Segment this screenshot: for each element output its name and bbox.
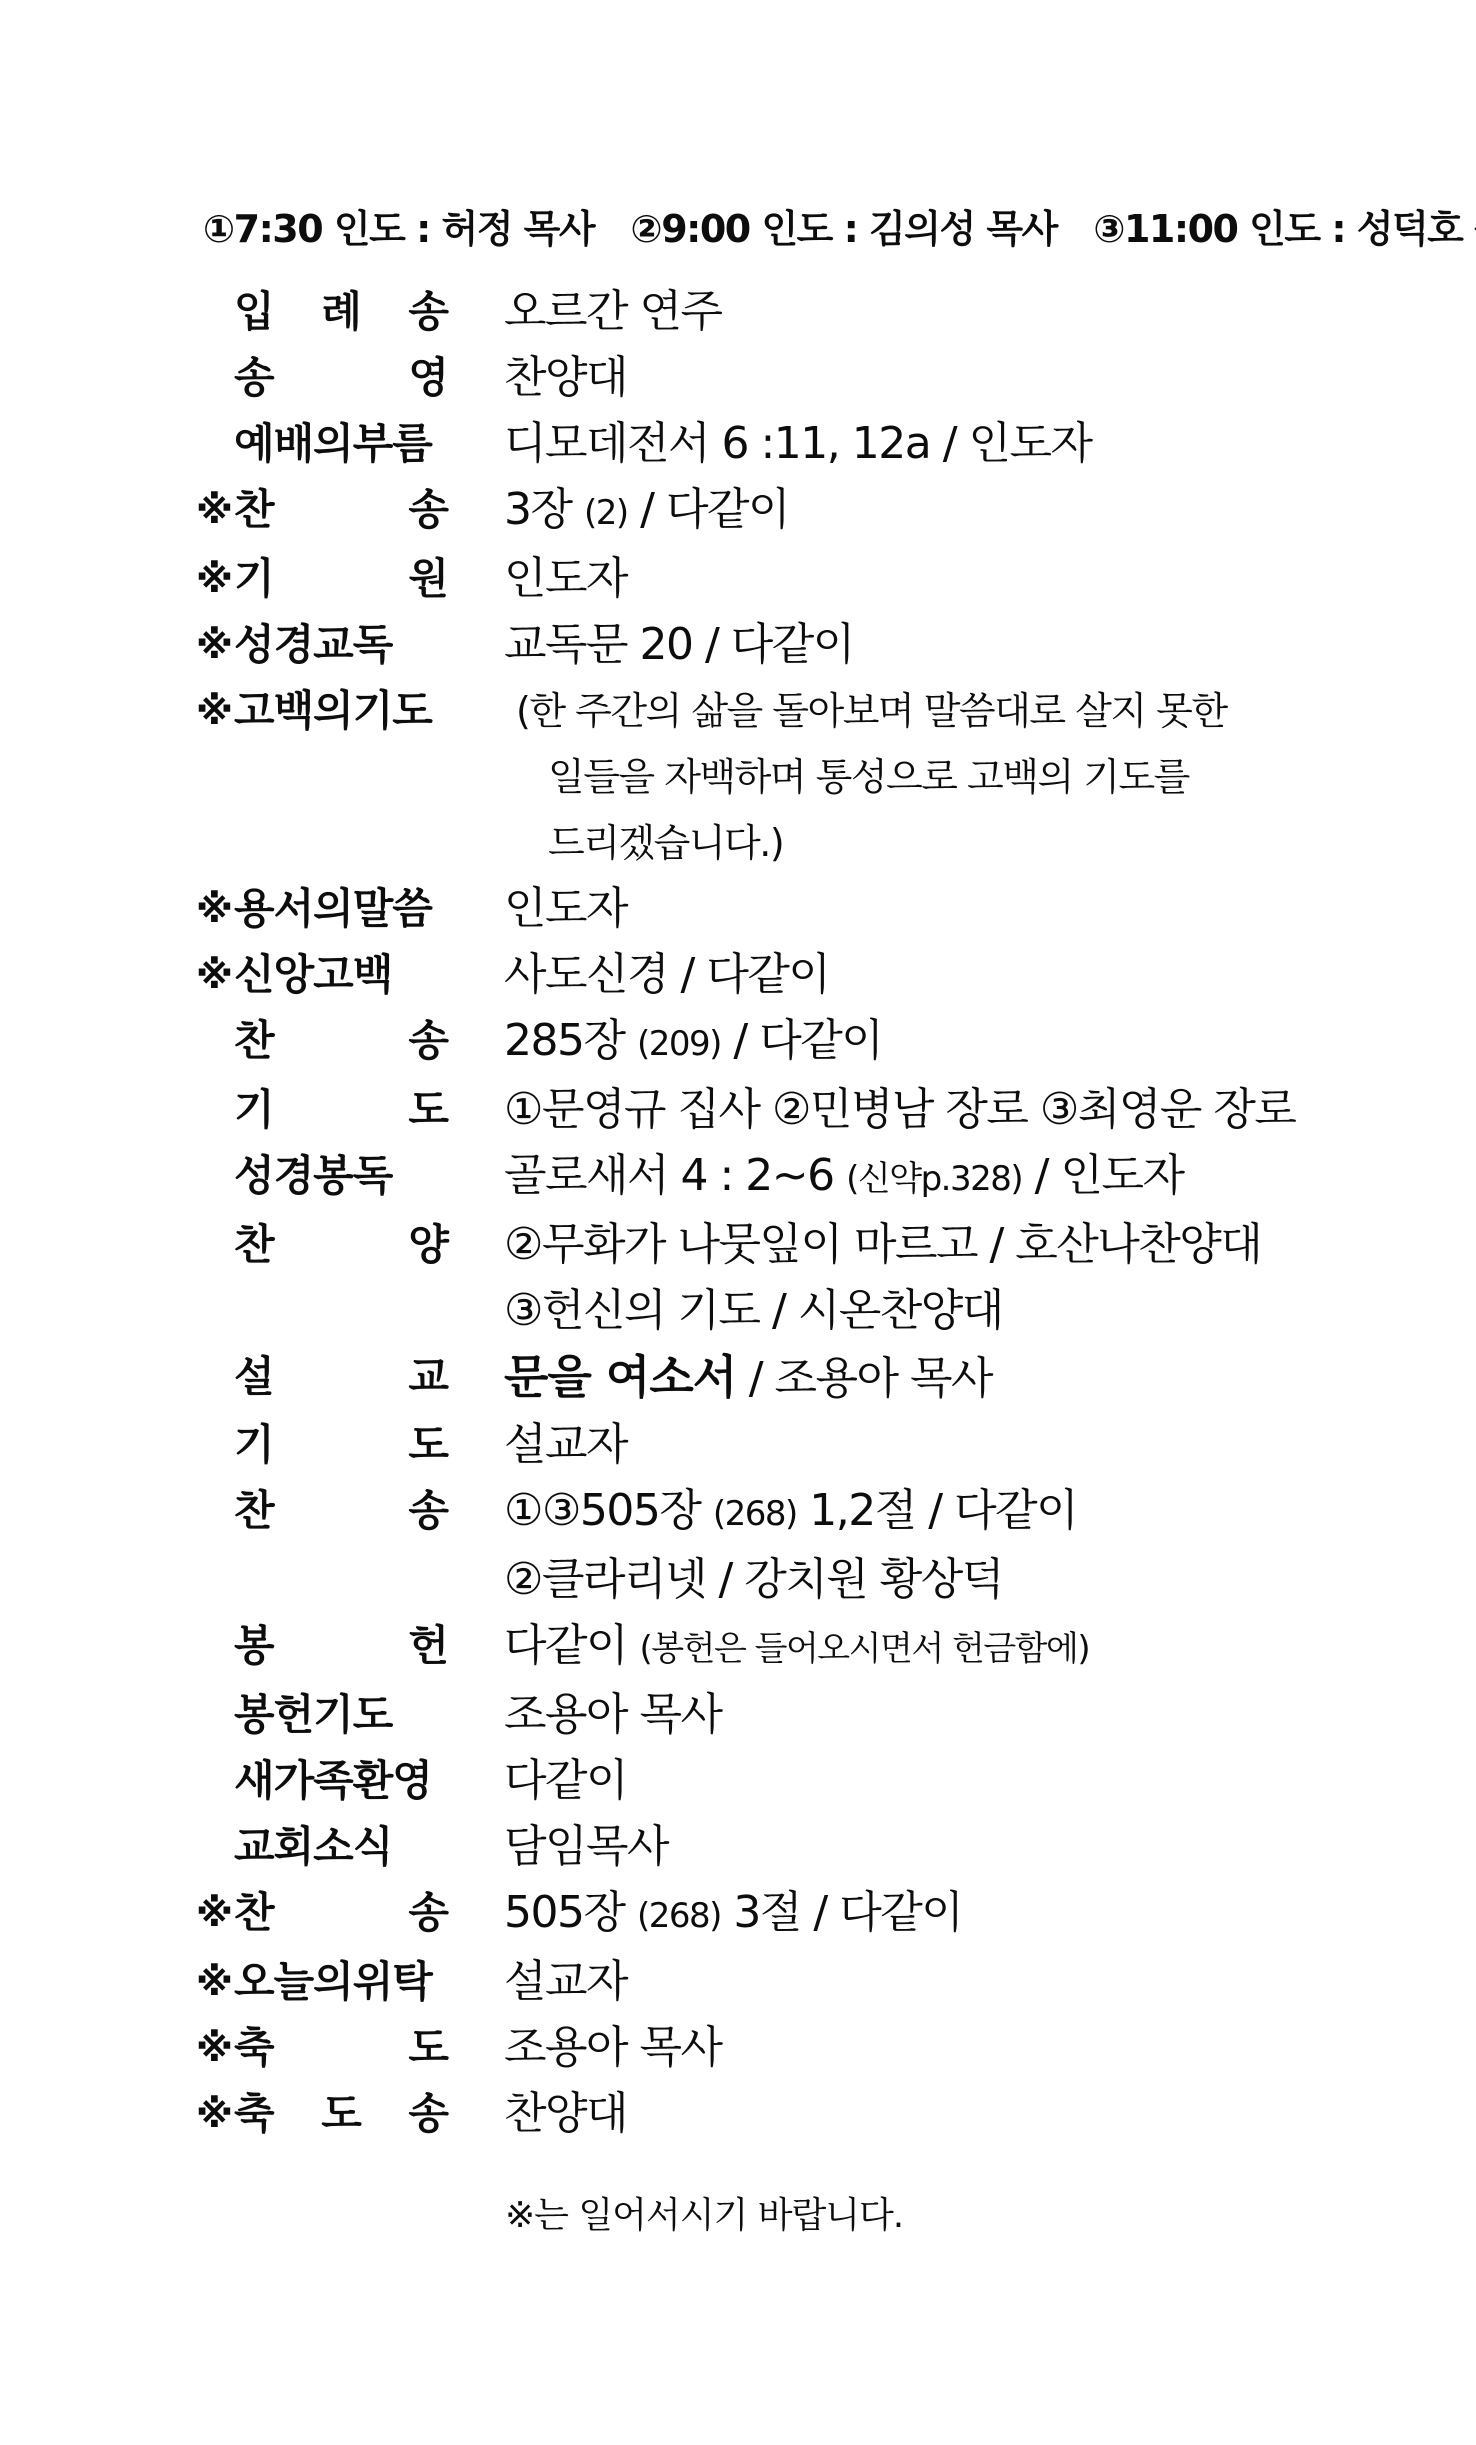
- content-text: 505장: [504, 1887, 637, 1938]
- order-item-content: 인도자: [504, 546, 627, 612]
- order-item-content: ①③505장 (268) 1,2절 / 다같이②클라리넷 / 강치원 황상덕: [504, 1478, 1077, 1613]
- order-item-content: 인도자: [504, 876, 627, 942]
- order-item-content: 설교자: [504, 1949, 627, 2015]
- content-text: 설교자: [504, 1956, 627, 2007]
- order-item-content-line: ②무화가 나뭇잎이 마르고 / 호산나찬양대: [504, 1212, 1261, 1278]
- content-text: ②무화가 나뭇잎이 마르고 / 호산나찬양대: [504, 1219, 1261, 1270]
- order-item-content-line: (한 주간의 삶을 돌아보며 말씀대로 살지 못한: [516, 678, 1227, 744]
- content-text: 인도자: [504, 883, 627, 934]
- worship-order-page: ①7:30 인도 : 허정 목사 ②9:00 인도 : 김의성 목사 ③11:0…: [0, 0, 1476, 2445]
- content-text: / 조용아 목사: [736, 1353, 992, 1404]
- order-item-content-line: 설교자: [504, 1949, 627, 2015]
- order-item-content: 다같이: [504, 1748, 627, 1814]
- order-item-content-line: 일들을 자백하며 통성으로 고백의 기도를: [548, 744, 1227, 810]
- standing-mark: ※: [196, 876, 234, 942]
- order-item-content: ②무화가 나뭇잎이 마르고 / 호산나찬양대③헌신의 기도 / 시온찬양대: [504, 1212, 1261, 1344]
- content-text: (2): [584, 493, 628, 533]
- order-row: 새가족환영다같이: [196, 1748, 1476, 1814]
- order-row: 봉헌기도조용아 목사: [196, 1682, 1476, 1748]
- content-text: 찬양대: [504, 352, 627, 403]
- content-text: / 다같이: [628, 484, 789, 535]
- standing-mark: ※: [196, 2081, 234, 2147]
- content-text: 3장: [504, 484, 584, 535]
- content-text: 디모데전서 6 :11, 12a / 인도자: [504, 418, 1092, 469]
- order-row: 기 도①문영규 집사 ②민병남 장로 ③최영운 장로: [196, 1077, 1476, 1143]
- order-item-label: 입 례 송: [234, 279, 448, 345]
- standing-mark: ※: [196, 942, 234, 1008]
- order-item-content: (한 주간의 삶을 돌아보며 말씀대로 살지 못한일들을 자백하며 통성으로 고…: [504, 678, 1227, 876]
- standing-mark: ※: [196, 1949, 234, 2015]
- content-text: 설교자: [504, 1419, 627, 1470]
- order-item-content: 사도신경 / 다같이: [504, 942, 829, 1008]
- order-item-content-line: 디모데전서 6 :11, 12a / 인도자: [504, 411, 1092, 477]
- order-item-label: 봉 헌: [234, 1613, 448, 1679]
- order-item-label: 봉헌기도: [234, 1682, 448, 1748]
- order-row: ※오늘의위탁설교자: [196, 1949, 1476, 2015]
- order-item-label: 축 도 송: [234, 2081, 448, 2147]
- order-item-content-line: 505장 (268) 3절 / 다같이: [504, 1880, 962, 1949]
- content-text: (268): [637, 1896, 721, 1936]
- content-text: 골로새서 4 : 2~6: [504, 1150, 846, 1201]
- content-text: 1,2절 / 다같이: [797, 1485, 1077, 1536]
- order-item-content-line: 3장 (2) / 다같이: [504, 477, 789, 546]
- content-text: (봉헌은 들어오시면서 헌금함에): [640, 1629, 1090, 1669]
- order-item-label: 새가족환영: [234, 1748, 448, 1814]
- order-row: ※고백의기도(한 주간의 삶을 돌아보며 말씀대로 살지 못한일들을 자백하며 …: [196, 678, 1476, 876]
- content-text: ③헌신의 기도 / 시온찬양대: [504, 1285, 1003, 1336]
- order-row: 찬 양②무화가 나뭇잎이 마르고 / 호산나찬양대③헌신의 기도 / 시온찬양대: [196, 1212, 1476, 1344]
- order-item-label: 성경교독: [234, 612, 448, 678]
- order-item-label: 신앙고백: [234, 942, 448, 1008]
- order-item-content-line: 드리겠습니다.): [548, 810, 1227, 876]
- order-row: ※신앙고백사도신경 / 다같이: [196, 942, 1476, 1008]
- content-text: 사도신경 / 다같이: [504, 949, 829, 1000]
- order-item-content: 505장 (268) 3절 / 다같이: [504, 1880, 962, 1949]
- order-item-content: 다같이 (봉헌은 들어오시면서 헌금함에): [504, 1613, 1089, 1682]
- order-row: ※기 원인도자: [196, 546, 1476, 612]
- standing-mark: ※: [196, 546, 234, 612]
- order-row: 찬 송285장 (209) / 다같이: [196, 1008, 1476, 1077]
- order-row: 성경봉독골로새서 4 : 2~6 (신약p.328) / 인도자: [196, 1143, 1476, 1212]
- order-item-content: 찬양대: [504, 345, 627, 411]
- content-text: / 다같이: [721, 1015, 882, 1066]
- content-text: (한 주간의 삶을 돌아보며 말씀대로 살지 못한: [516, 689, 1227, 733]
- standing-note: ※는 일어서시기 바랍니다.: [505, 2187, 1476, 2238]
- order-row: ※축 도조용아 목사: [196, 2015, 1476, 2081]
- order-item-content-line: 찬양대: [504, 2081, 627, 2147]
- order-item-content: 3장 (2) / 다같이: [504, 477, 789, 546]
- standing-mark: ※: [196, 612, 234, 678]
- order-row: ※축 도 송찬양대: [196, 2081, 1476, 2147]
- order-item-content-line: 담임목사: [504, 1814, 668, 1880]
- order-item-content-line: ①③505장 (268) 1,2절 / 다같이: [504, 1478, 1077, 1547]
- standing-mark: ※: [196, 2015, 234, 2081]
- content-text: 인도자: [504, 553, 627, 604]
- order-item-content: 조용아 목사: [504, 1682, 722, 1748]
- order-item-content: 285장 (209) / 다같이: [504, 1008, 882, 1077]
- sermon-title: 문을 여소서: [504, 1350, 736, 1404]
- order-item-label: 교회소식: [234, 1814, 448, 1880]
- order-row: 입 례 송오르간 연주: [196, 279, 1476, 345]
- content-text: (268): [713, 1494, 797, 1534]
- content-text: 교독문 20 / 다같이: [504, 619, 854, 670]
- service-order-list: 입 례 송오르간 연주송 영찬양대예배의부름디모데전서 6 :11, 12a /…: [196, 279, 1476, 2147]
- content-text: ①③505장: [504, 1485, 713, 1536]
- order-item-label: 기 원: [234, 546, 448, 612]
- service-leaders-header: ①7:30 인도 : 허정 목사 ②9:00 인도 : 김의성 목사 ③11:0…: [203, 198, 1476, 253]
- order-row: ※용서의말씀인도자: [196, 876, 1476, 942]
- order-row: 송 영찬양대: [196, 345, 1476, 411]
- order-row: 찬 송①③505장 (268) 1,2절 / 다같이②클라리넷 / 강치원 황상…: [196, 1478, 1476, 1613]
- order-row: ※찬 송505장 (268) 3절 / 다같이: [196, 1880, 1476, 1949]
- order-item-label: 기 도: [234, 1412, 448, 1478]
- order-item-content-line: 설교자: [504, 1412, 627, 1478]
- content-text: 3절 / 다같이: [721, 1887, 962, 1938]
- content-text: (신약p.328): [846, 1159, 1022, 1199]
- order-item-label: 송 영: [234, 345, 448, 411]
- order-item-label: 성경봉독: [234, 1143, 448, 1209]
- order-item-content-line: 조용아 목사: [504, 1682, 722, 1748]
- order-item-label: 찬 송: [234, 1880, 448, 1946]
- content-text: 담임목사: [504, 1821, 668, 1872]
- standing-mark: ※: [196, 678, 234, 744]
- content-text: 조용아 목사: [504, 2022, 722, 2073]
- order-row: 교회소식담임목사: [196, 1814, 1476, 1880]
- content-text: 285장: [504, 1015, 637, 1066]
- order-item-content: 디모데전서 6 :11, 12a / 인도자: [504, 411, 1092, 477]
- order-item-content: 설교자: [504, 1412, 627, 1478]
- content-text: 드리겠습니다.): [548, 821, 783, 865]
- content-text: ②클라리넷 / 강치원 황상덕: [504, 1554, 1003, 1605]
- order-item-label: 찬 송: [234, 1008, 448, 1074]
- content-text: 다같이: [504, 1755, 627, 1806]
- order-item-content-line: 다같이 (봉헌은 들어오시면서 헌금함에): [504, 1613, 1089, 1682]
- standing-mark: ※: [196, 477, 234, 543]
- order-item-content-line: 오르간 연주: [504, 279, 722, 345]
- order-item-content-line: 조용아 목사: [504, 2015, 722, 2081]
- standing-mark: ※: [196, 1880, 234, 1946]
- order-item-content: 골로새서 4 : 2~6 (신약p.328) / 인도자: [504, 1143, 1183, 1212]
- content-text: ①문영규 집사 ②민병남 장로 ③최영운 장로: [504, 1084, 1295, 1135]
- order-item-content-line: 다같이: [504, 1748, 627, 1814]
- order-row: 설 교문을 여소서 / 조용아 목사: [196, 1344, 1476, 1412]
- order-item-content: 조용아 목사: [504, 2015, 722, 2081]
- order-item-content: 담임목사: [504, 1814, 668, 1880]
- order-item-label: 설 교: [234, 1344, 448, 1410]
- order-item-content-line: 인도자: [504, 546, 627, 612]
- order-item-content-line: ①문영규 집사 ②민병남 장로 ③최영운 장로: [504, 1077, 1295, 1143]
- order-item-content: 오르간 연주: [504, 279, 722, 345]
- order-row: ※찬 송3장 (2) / 다같이: [196, 477, 1476, 546]
- order-item-content-line: 문을 여소서 / 조용아 목사: [504, 1344, 992, 1412]
- content-text: 일들을 자백하며 통성으로 고백의 기도를: [548, 755, 1189, 799]
- order-item-label: 찬 양: [234, 1212, 448, 1278]
- order-item-content-line: ②클라리넷 / 강치원 황상덕: [504, 1547, 1077, 1613]
- order-item-label: 고백의기도: [234, 678, 448, 744]
- content-text: (209): [637, 1024, 721, 1064]
- content-text: 조용아 목사: [504, 1689, 722, 1740]
- order-item-content-line: 골로새서 4 : 2~6 (신약p.328) / 인도자: [504, 1143, 1183, 1212]
- order-item-content: ①문영규 집사 ②민병남 장로 ③최영운 장로: [504, 1077, 1295, 1143]
- order-item-content-line: 교독문 20 / 다같이: [504, 612, 854, 678]
- content-text: 찬양대: [504, 2088, 627, 2139]
- order-item-label: 찬 송: [234, 477, 448, 543]
- order-item-content-line: 인도자: [504, 876, 627, 942]
- order-item-content-line: 찬양대: [504, 345, 627, 411]
- order-item-content: 교독문 20 / 다같이: [504, 612, 854, 678]
- content-text: 오르간 연주: [504, 286, 722, 337]
- order-item-label: 기 도: [234, 1077, 448, 1143]
- content-text: / 인도자: [1022, 1150, 1183, 1201]
- order-item-label: 찬 송: [234, 1478, 448, 1544]
- order-item-content-line: ③헌신의 기도 / 시온찬양대: [504, 1278, 1261, 1344]
- content-text: 다같이: [504, 1620, 640, 1671]
- order-row: 예배의부름디모데전서 6 :11, 12a / 인도자: [196, 411, 1476, 477]
- order-item-content-line: 사도신경 / 다같이: [504, 942, 829, 1008]
- order-item-label: 축 도: [234, 2015, 448, 2081]
- order-item-label: 오늘의위탁: [234, 1949, 448, 2015]
- order-row: 기 도설교자: [196, 1412, 1476, 1478]
- order-item-label: 예배의부름: [234, 411, 448, 477]
- order-item-content: 문을 여소서 / 조용아 목사: [504, 1344, 992, 1412]
- order-row: ※성경교독교독문 20 / 다같이: [196, 612, 1476, 678]
- order-item-label: 용서의말씀: [234, 876, 448, 942]
- order-item-content: 찬양대: [504, 2081, 627, 2147]
- order-item-content-line: 285장 (209) / 다같이: [504, 1008, 882, 1077]
- order-row: 봉 헌다같이 (봉헌은 들어오시면서 헌금함에): [196, 1613, 1476, 1682]
